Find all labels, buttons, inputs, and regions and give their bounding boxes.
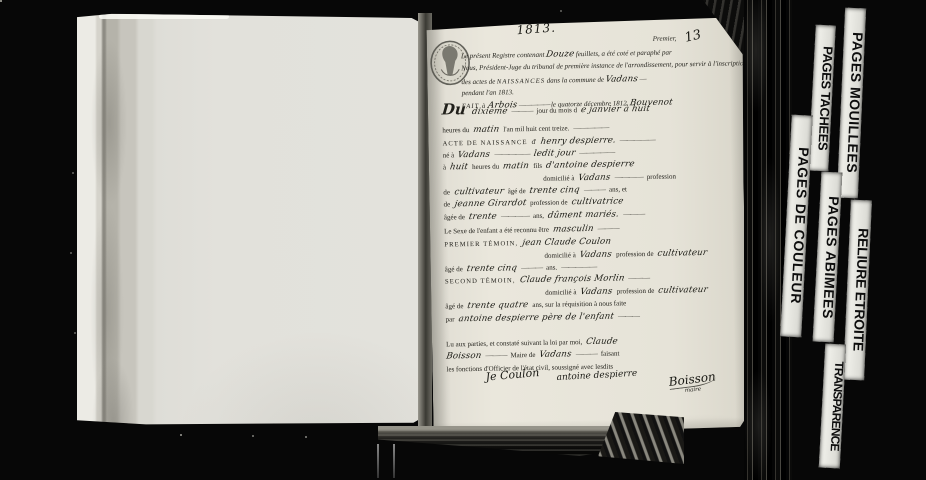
- printed-text: à: [443, 164, 446, 172]
- printed-text: —————: [561, 262, 596, 272]
- handwritten-text: Vadans: [580, 286, 614, 297]
- printed-text: —————: [579, 148, 614, 158]
- handwritten-text: Vadans: [539, 349, 573, 360]
- handwritten-text: Claude: [586, 336, 619, 347]
- binding-thread: [377, 444, 379, 478]
- handwritten-text: ledit jour: [533, 148, 576, 159]
- printed-text: PREMIER TÉMOIN,: [444, 241, 518, 249]
- handwritten-text: matin: [473, 125, 501, 135]
- folio-number: 13: [683, 27, 702, 45]
- printed-text: ———: [628, 273, 649, 282]
- printed-text: ———: [623, 209, 644, 218]
- printed-text: profession de: [616, 250, 654, 259]
- handwritten-text: d'antoine despierre: [545, 160, 635, 172]
- printed-text: ———: [618, 311, 639, 320]
- handwritten-text: Vadans: [578, 172, 612, 183]
- archive-scan-screenshot: { "register": { "year": "1813.", "folio_…: [0, 0, 926, 480]
- label-transparence: TRANSPARENCE: [819, 344, 846, 469]
- printed-text: heures du: [472, 163, 499, 171]
- handwritten-text: henry despierre.: [540, 135, 617, 146]
- printed-text: —————: [620, 135, 655, 145]
- printed-text: jour du mois d: [536, 106, 577, 115]
- handwritten-text: cultivateur: [657, 285, 708, 296]
- left-blank-page: [77, 13, 422, 426]
- register-right-page: 1813. Premier, 13 Le présent Registre co…: [426, 17, 749, 434]
- printed-text: feuillets, a été coté et paraphé par: [576, 49, 672, 59]
- printed-text: Le présent Registre contenant: [461, 51, 545, 60]
- handwritten-text: trente cinq: [466, 263, 518, 274]
- handwritten-text: trente: [468, 211, 498, 222]
- printed-text: ———: [576, 349, 597, 358]
- handwritten-text: cultivateur: [453, 187, 504, 198]
- printed-text: profession: [647, 172, 676, 181]
- handwritten-text: antoine despierre père de l'enfant: [458, 311, 615, 324]
- label-pages-mouillees: PAGES MOUILLEES: [837, 8, 866, 199]
- printed-text: par: [446, 315, 455, 323]
- handwritten-text: matin: [502, 161, 530, 171]
- handwritten-text: trente cinq: [529, 185, 581, 196]
- printed-text: ———: [584, 185, 605, 194]
- handwritten-text: e janvier à huit: [580, 104, 651, 115]
- binding-thread: [393, 444, 395, 478]
- label-reliure-etroite: RELIURE ETROITE: [843, 200, 872, 381]
- folio-heading: Premier, 13: [653, 27, 702, 46]
- printed-text: des actes de: [461, 77, 495, 86]
- handwritten-text: dûment mariés.: [547, 209, 620, 220]
- dust-specks: [0, 0, 2, 2]
- handwritten-text: huit: [449, 162, 469, 172]
- handwritten-text: Vadans: [457, 150, 491, 161]
- handwritten-text: cultivateur: [657, 248, 708, 259]
- printed-text: ———: [597, 224, 618, 233]
- handwritten-text: jeanne Girardot: [453, 198, 526, 209]
- printed-text: NAISSANCES: [497, 77, 545, 85]
- printed-text: SECOND TÉMOIN,: [445, 278, 516, 286]
- folio-word: Premier,: [653, 34, 677, 42]
- handwritten-text: Vadans: [605, 75, 639, 85]
- page-edge-highlight: [99, 14, 229, 19]
- printed-text: —————: [494, 149, 529, 159]
- printed-text: ———: [485, 351, 506, 360]
- printed-text: fils: [533, 162, 542, 170]
- label-pages-tachees: PAGES TACHEES: [808, 25, 836, 172]
- birth-act-text: Du dixieme ——— jour du mois d e janvier …: [442, 96, 745, 370]
- printed-text: —: [639, 74, 645, 83]
- printed-text: ———: [521, 263, 542, 272]
- printed-text: ————: [615, 172, 643, 181]
- printed-text: dans la commune de: [547, 75, 604, 84]
- year-heading: 1813.: [516, 21, 556, 38]
- label-pages-abimees: PAGES ABIMEES: [813, 172, 843, 343]
- printed-text: ————: [501, 211, 529, 220]
- printed-text: pendant l'an 1813.: [462, 88, 514, 97]
- handwritten-text: dixieme: [471, 106, 508, 117]
- handwritten-text: Douze: [545, 50, 575, 60]
- handwritten-text: masculin: [552, 224, 594, 235]
- handwritten-text: Vadans: [579, 249, 613, 260]
- handwritten-text: trente quatre: [467, 300, 529, 311]
- handwritten-text: cultivatrice: [571, 197, 624, 208]
- printed-text: ———: [511, 106, 532, 115]
- handwritten-text: Boisson: [445, 351, 482, 362]
- mayor-signature-title: maire: [685, 387, 702, 394]
- printed-text: —————: [573, 123, 608, 133]
- printed-text: Du: [442, 104, 467, 114]
